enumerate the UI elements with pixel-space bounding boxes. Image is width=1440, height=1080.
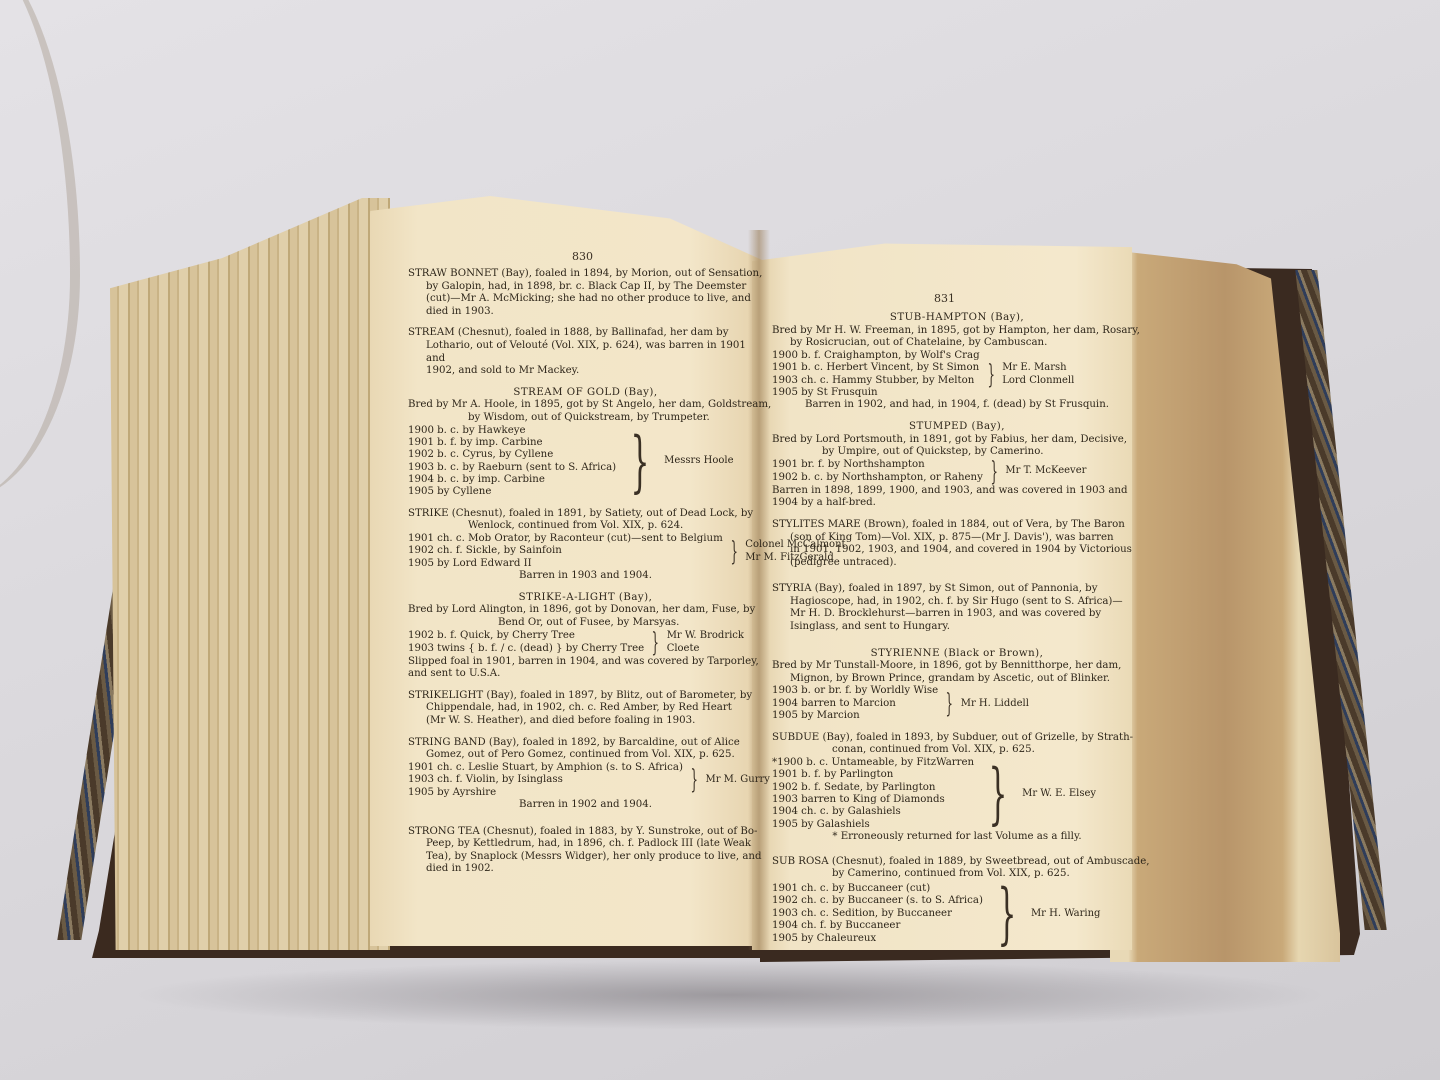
entry-note: Barren in 1902, and had, in 1904, f. (de… [772,399,1142,412]
entry-stream: STREAM (Chesnut), foaled in 1888, by Bal… [408,327,763,377]
entry-heading: STUMPED (Bay), [772,421,1142,434]
entry-line: STRIKELIGHT (Bay), foaled in 1897, by Bl… [408,690,763,703]
entry-strike-a-light: STRIKE-A-LIGHT (Bay), Bred by Lord Aling… [408,592,763,681]
entry-subdue: SUBDUE (Bay), foaled in 1893, by Subduer… [772,732,1142,844]
brace: } [997,881,1016,947]
entry-line: (pedigree untraced). [772,557,1142,570]
owner-name: Mr M. Gurry [705,774,769,787]
produce-row: 1901 ch. c. Leslie Stuart, by Amphion (s… [408,762,683,774]
entry-line: SUB ROSA (Chesnut), foaled in 1889, by S… [772,856,1142,869]
entry-line: died in 1902. [408,863,763,876]
produce-row: 1901 br. f. by Northshampton [772,459,983,471]
left-page-text: STRAW BONNET (Bay), foaled in 1894, by M… [408,268,763,885]
produce-row: 1903 twins { b. f. / c. (dead) } by Cher… [408,643,644,655]
entry-line: by Galopin, had, in 1898, br. c. Black C… [408,281,763,294]
entry-line: Peep, by Kettledrum, had, in 1896, ch. f… [408,838,763,851]
entry-line: Bred by Mr H. W. Freeman, in 1895, got b… [772,325,1142,338]
owner-name: Mr W. E. Elsey [1022,788,1096,801]
produce-table: 1901 ch. c. Mob Orator, by Raconteur (cu… [408,533,763,570]
brace: } [690,767,697,793]
produce-row: 1905 by Lord Edward II [408,558,723,570]
produce-row: 1905 by Galashiels [772,819,974,831]
page-number-right: 831 [934,292,955,305]
entry-heading: STREAM OF GOLD (Bay), [408,387,763,400]
entry-stream-of-gold: STREAM OF GOLD (Bay), Bred by Mr A. Hool… [408,387,763,499]
entry-strikelight: STRIKELIGHT (Bay), foaled in 1897, by Bl… [408,690,763,728]
produce-row: *1900 b. c. Untameable, by FitzWarren [772,757,974,769]
brace: } [987,362,994,388]
entry-line: Gomez, out of Pero Gomez, continued from… [408,749,763,762]
entry-line: STYRIA (Bay), foaled in 1897, by St Simo… [772,583,1142,596]
entry-line: by Camerino, continued from Vol. XIX, p.… [772,868,1142,881]
entry-stumped: STUMPED (Bay), Bred by Lord Portsmouth, … [772,421,1142,510]
produce-table: 1902 b. f. Quick, by Cherry Tree 1903 tw… [408,630,763,656]
entry-line: Mr H. D. Brocklehurst—barren in 1903, an… [772,608,1142,621]
produce-row: 1903 ch. f. Violin, by Isinglass [408,774,683,786]
background-object-edge [0,0,80,500]
brace: } [631,429,650,495]
brace: } [989,761,1008,827]
produce-row: 1905 by Cyllene [408,486,616,498]
produce-row: 1903 ch. c. Sedition, by Buccaneer [772,908,983,920]
produce-table: 1903 b. or br. f. by Worldly Wise 1904 b… [772,685,1142,722]
owner-name: Mr H. Waring [1031,908,1100,921]
produce-row: 1903 ch. c. Hammy Stubber, by Melton [772,375,980,387]
entry-strong-tea: STRONG TEA (Chesnut), foaled in 1883, by… [408,826,763,876]
owner-name: Messrs Hoole [664,455,733,468]
entry-line: STRING BAND (Bay), foaled in 1892, by Ba… [408,737,763,750]
produce-row: 1901 b. f. by imp. Carbine [408,437,616,449]
entry-line: Mignon, by Brown Prince, grandam by Asce… [772,673,1142,686]
entry-heading: STRIKE-A-LIGHT (Bay), [408,592,763,605]
entry-line: Bred by Lord Portsmouth, in 1891, got by… [772,434,1142,447]
entry-line: Bred by Lord Alington, in 1896, got by D… [408,604,763,617]
entry-line: Bred by Mr Tunstall-Moore, in 1896, got … [772,660,1142,673]
entry-string-band: STRING BAND (Bay), foaled in 1892, by Ba… [408,737,763,812]
entry-line: died in 1903. [408,306,763,319]
produce-row: 1904 barren to Marcion [772,698,938,710]
brace: } [730,539,737,565]
entry-line: Hagioscope, had, in 1902, ch. f. by Sir … [772,596,1142,609]
produce-row: 1900 b. f. Craighampton, by Wolf's Crag [772,350,980,362]
footnote: * Erroneously returned for last Volume a… [772,831,1142,844]
produce-row: 1903 barren to King of Diamonds [772,794,974,806]
produce-table: 1900 b. c. by Hawkeye 1901 b. f. by imp.… [408,425,763,499]
entry-line: STYLITES MARE (Brown), foaled in 1884, o… [772,519,1142,532]
entry-line: STREAM (Chesnut), foaled in 1888, by Bal… [408,327,763,340]
entry-line: Bred by Mr A. Hoole, in 1895, got by St … [408,399,763,412]
produce-row: 1901 b. c. Herbert Vincent, by St Simon [772,362,980,374]
produce-table: 1901 ch. c. by Buccaneer (cut) 1902 ch. … [772,881,1142,947]
produce-row: 1905 by Ayrshire [408,787,683,799]
entry-line: (cut)—Mr A. McMicking; she had no other … [408,293,763,306]
entry-line: (son of King Tom)—Vol. XIX, p. 875—(Mr J… [772,532,1142,545]
entry-line: Bend Or, out of Fusee, by Marsyas. [408,617,763,630]
produce-row: 1905 by St Frusquin [772,387,980,399]
entry-line: Lothario, out of Velouté (Vol. XIX, p. 6… [408,340,763,365]
produce-table: 1900 b. f. Craighampton, by Wolf's Crag … [772,350,1142,400]
entry-line: by Wisdom, out of Quickstream, by Trumpe… [408,412,763,425]
entry-heading: STYRIENNE (Black or Brown), [772,648,1142,661]
produce-row: 1904 ch. f. by Buccaneer [772,920,983,932]
entry-line: conan, continued from Vol. XIX, p. 625. [772,744,1142,757]
entry-strike: STRIKE (Chesnut), foaled in 1891, by Sat… [408,508,763,583]
brace: } [946,691,953,717]
produce-row: 1904 ch. c. by Galashiels [772,806,974,818]
right-page-text: STUB-HAMPTON (Bay), Bred by Mr H. W. Fre… [772,312,1142,956]
owner-name: Mr W. Brodrick Cloete [667,630,747,655]
owner-name: Mr T. McKeever [1005,465,1086,478]
owner-name: Lord Clonmell [1002,375,1074,388]
produce-row: 1902 b. f. Quick, by Cherry Tree [408,630,644,642]
entry-line: Chippendale, had, in 1902, ch. c. Red Am… [408,702,763,715]
entry-line: Isinglass, and sent to Hungary. [772,621,1142,634]
owner-names: Mr E. Marsh Lord Clonmell [1002,362,1074,387]
produce-row: 1902 b. f. Sedate, by Parlington [772,782,974,794]
produce-row: 1903 b. c. by Raeburn (sent to S. Africa… [408,462,616,474]
entry-stylites-mare: STYLITES MARE (Brown), foaled in 1884, o… [772,519,1142,569]
entry-note: Barren in 1903 and 1904. [408,570,763,583]
entry-line: by Umpire, out of Quickstep, by Camerino… [772,446,1142,459]
entry-line: STRAW BONNET (Bay), foaled in 1894, by M… [408,268,763,281]
entry-line: in 1901, 1902, 1903, and 1904, and cover… [772,544,1142,557]
entry-line: SUBDUE (Bay), foaled in 1893, by Subduer… [772,732,1142,745]
owner-name: Mr E. Marsh [1002,362,1074,375]
produce-table: 1901 ch. c. Leslie Stuart, by Amphion (s… [408,762,763,799]
produce-table: 1901 br. f. by Northshampton 1902 b. c. … [772,459,1142,485]
entry-styria: STYRIA (Bay), foaled in 1897, by St Simo… [772,583,1142,633]
entry-line: 1902, and sold to Mr Mackey. [408,365,763,378]
brace: } [990,459,997,485]
produce-row: 1903 b. or br. f. by Worldly Wise [772,685,938,697]
entry-line: by Rosicrucian, out of Chatelaine, by Ca… [772,337,1142,350]
entry-note: Barren in 1902 and 1904. [408,799,763,812]
entry-sub-rosa: SUB ROSA (Chesnut), foaled in 1889, by S… [772,856,1142,947]
entry-line: Tea), by Snaplock (Messrs Widger), her o… [408,851,763,864]
produce-row: 1905 by Chaleureux [772,933,983,945]
produce-row: 1902 ch. f. Sickle, by Sainfoin [408,545,723,557]
produce-row: 1902 b. c. Cyrus, by Cyllene [408,449,616,461]
entry-line: (Mr W. S. Heather), and died before foal… [408,715,763,728]
produce-row: 1904 b. c. by imp. Carbine [408,474,616,486]
book-shadow [130,960,1330,1030]
page-number-left: 830 [572,250,593,263]
entry-note: Barren in 1898, 1899, 1900, and 1903, an… [772,485,1142,510]
produce-row: 1901 b. f. by Parlington [772,769,974,781]
brace: } [652,630,659,656]
page-block-left [110,198,390,950]
produce-row: 1902 ch. c. by Buccaneer (s. to S. Afric… [772,895,983,907]
entry-styrienne: STYRIENNE (Black or Brown), Bred by Mr T… [772,648,1142,723]
produce-row: 1902 b. c. by Northshampton, or Raheny [772,472,983,484]
produce-row: 1901 ch. c. Mob Orator, by Raconteur (cu… [408,533,723,545]
owner-name: Mr H. Liddell [961,698,1029,711]
entry-line: STRIKE (Chesnut), foaled in 1891, by Sat… [408,508,763,521]
entry-stub-hampton: STUB-HAMPTON (Bay), Bred by Mr H. W. Fre… [772,312,1142,412]
entry-line: Wenlock, continued from Vol. XIX, p. 624… [408,520,763,533]
entry-line: STRONG TEA (Chesnut), foaled in 1883, by… [408,826,763,839]
entry-heading: STUB-HAMPTON (Bay), [772,312,1142,325]
produce-row: 1901 ch. c. by Buccaneer (cut) [772,883,983,895]
produce-row: 1900 b. c. by Hawkeye [408,425,616,437]
produce-table: *1900 b. c. Untameable, by FitzWarren 19… [772,757,1142,831]
entry-note: Slipped foal in 1901, barren in 1904, an… [408,656,763,681]
entry-straw-bonnet: STRAW BONNET (Bay), foaled in 1894, by M… [408,268,763,318]
produce-row: 1905 by Marcion [772,710,938,722]
